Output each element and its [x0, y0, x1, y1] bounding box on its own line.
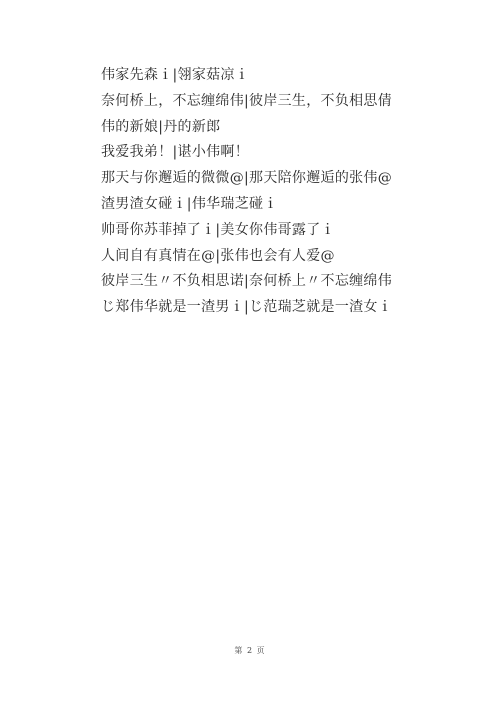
text-line: 伟的新娘|丹的新郎 [101, 115, 392, 141]
text-line: じ郑伟华就是一渣男ｉ|じ范瑞芝就是一渣女ｉ [101, 295, 392, 321]
text-line: 那天与你邂逅的微微@|那天陪你邂逅的张伟@ [101, 166, 392, 192]
text-body: 伟家先森ｉ|翎家菇凉ｉ 奈何桥上，不忘缠绵伟|彼岸三生，不负相思倩 伟的新娘|丹… [101, 63, 392, 321]
page-number: 第 2 页 [0, 645, 500, 656]
text-line: 奈何桥上，不忘缠绵伟|彼岸三生，不负相思倩 [101, 89, 392, 115]
text-line: 彼岸三生〃不负相思诺|奈何桥上〃不忘缠绵伟 [101, 269, 392, 295]
text-line: 渣男渣女碰ｉ|伟华瑞芝碰ｉ [101, 192, 392, 218]
document-page: 伟家先森ｉ|翎家菇凉ｉ 奈何桥上，不忘缠绵伟|彼岸三生，不负相思倩 伟的新娘|丹… [0, 0, 500, 708]
text-line: 帅哥你苏菲掉了ｉ|美女你伟哥露了ｉ [101, 218, 392, 244]
text-line: 伟家先森ｉ|翎家菇凉ｉ [101, 63, 392, 89]
text-line: 我爱我弟！|谌小伟啊！ [101, 140, 392, 166]
text-line: 人间自有真情在@|张伟也会有人爱@ [101, 244, 392, 270]
